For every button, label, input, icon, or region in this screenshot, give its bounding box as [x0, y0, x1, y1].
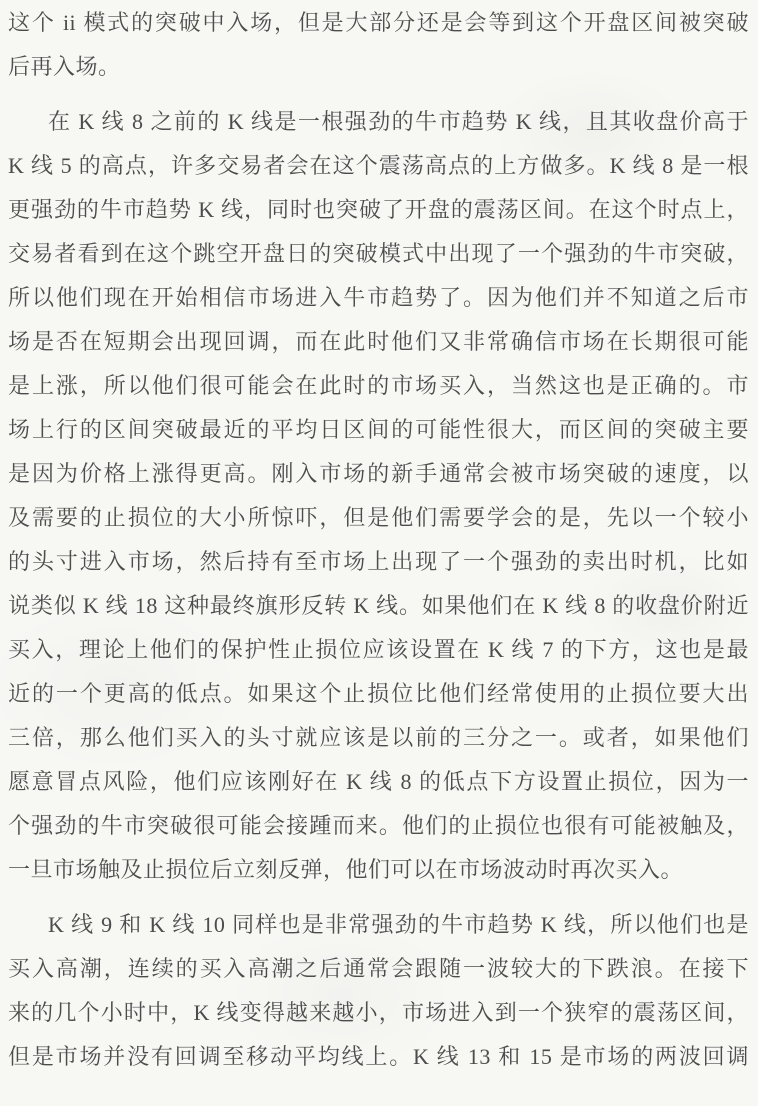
text-line: 个强劲的牛市突破很可能会接踵而来。他们的止损位也很有可能被触及， [8, 804, 749, 848]
text-line: 是因为价格上涨得更高。刚入市场的新手通常会被市场突破的速度，以 [8, 452, 749, 496]
document-page: 这个 ii 模式的突破中入场，但是大部分还是会等到这个开盘区间被突破后再入场。在… [0, 0, 758, 1106]
text-line: K 线 9 和 K 线 10 同样也是非常强劲的牛市趋势 K 线，所以他们也是 [8, 903, 749, 947]
text-line: 在 K 线 8 之前的 K 线是一根强劲的牛市趋势 K 线，且其收盘价高于 [8, 100, 749, 144]
text-line: 说类似 K 线 18 这种最终旗形反转 K 线。如果他们在 K 线 8 的收盘价… [8, 584, 749, 628]
text-line: 及需要的止损位的大小所惊吓，但是他们需要学会的是，先以一个较小 [8, 496, 749, 540]
paragraph-1: 这个 ii 模式的突破中入场，但是大部分还是会等到这个开盘区间被突破后再入场。 [8, 1, 749, 89]
text-line: 场上行的区间突破最近的平均日区间的可能性很大，而区间的突破主要 [8, 408, 749, 452]
text-line: 的头寸进入市场，然后持有至市场上出现了一个强劲的卖出时机，比如 [8, 540, 749, 584]
text-line: 愿意冒点风险，他们应该刚好在 K 线 8 的低点下方设置止损位，因为一 [8, 760, 749, 804]
text-line: 所以他们现在开始相信市场进入牛市趋势了。因为他们并不知道之后市 [8, 276, 749, 320]
text-line: 更强劲的牛市趋势 K 线，同时也突破了开盘的震荡区间。在这个时点上， [8, 188, 749, 232]
text-line: 这个 ii 模式的突破中入场，但是大部分还是会等到这个开盘区间被突破 [8, 1, 749, 45]
paragraph-3: K 线 9 和 K 线 10 同样也是非常强劲的牛市趋势 K 线，所以他们也是买… [8, 903, 749, 1079]
text-line: 近的一个更高的低点。如果这个止损位比他们经常使用的止损位要大出 [8, 672, 749, 716]
text-line: 场是否在短期会出现回调，而在此时他们又非常确信市场在长期很可能 [8, 320, 749, 364]
text-line: 来的几个小时中，K 线变得越来越小，市场进入到一个狭窄的震荡区间， [8, 991, 749, 1035]
text-line: K 线 5 的高点，许多交易者会在这个震荡高点的上方做多。K 线 8 是一根 [8, 144, 749, 188]
text-line: 是上涨，所以他们很可能会在此时的市场买入，当然这也是正确的。市 [8, 364, 749, 408]
text-line: 一旦市场触及止损位后立刻反弹，他们可以在市场波动时再次买入。 [8, 848, 749, 892]
text-line: 三倍，那么他们买入的头寸就应该是以前的三分之一。或者，如果他们 [8, 716, 749, 760]
text-line: 买入高潮，连续的买入高潮之后通常会跟随一波较大的下跌浪。在接下 [8, 947, 749, 991]
text-line: 交易者看到在这个跳空开盘日的突破模式中出现了一个强劲的牛市突破， [8, 232, 749, 276]
scanned-paper-background: { "document": { "language": "zh-CN", "ki… [0, 0, 758, 1106]
text-line: 但是市场并没有回调至移动平均线上。K 线 13 和 15 是市场的两波回调 [8, 1035, 749, 1079]
text-line: 后再入场。 [8, 45, 749, 89]
paragraph-2: 在 K 线 8 之前的 K 线是一根强劲的牛市趋势 K 线，且其收盘价高于K 线… [8, 100, 749, 892]
text-line: 买入，理论上他们的保护性止损位应该设置在 K 线 7 的下方，这也是最 [8, 628, 749, 672]
